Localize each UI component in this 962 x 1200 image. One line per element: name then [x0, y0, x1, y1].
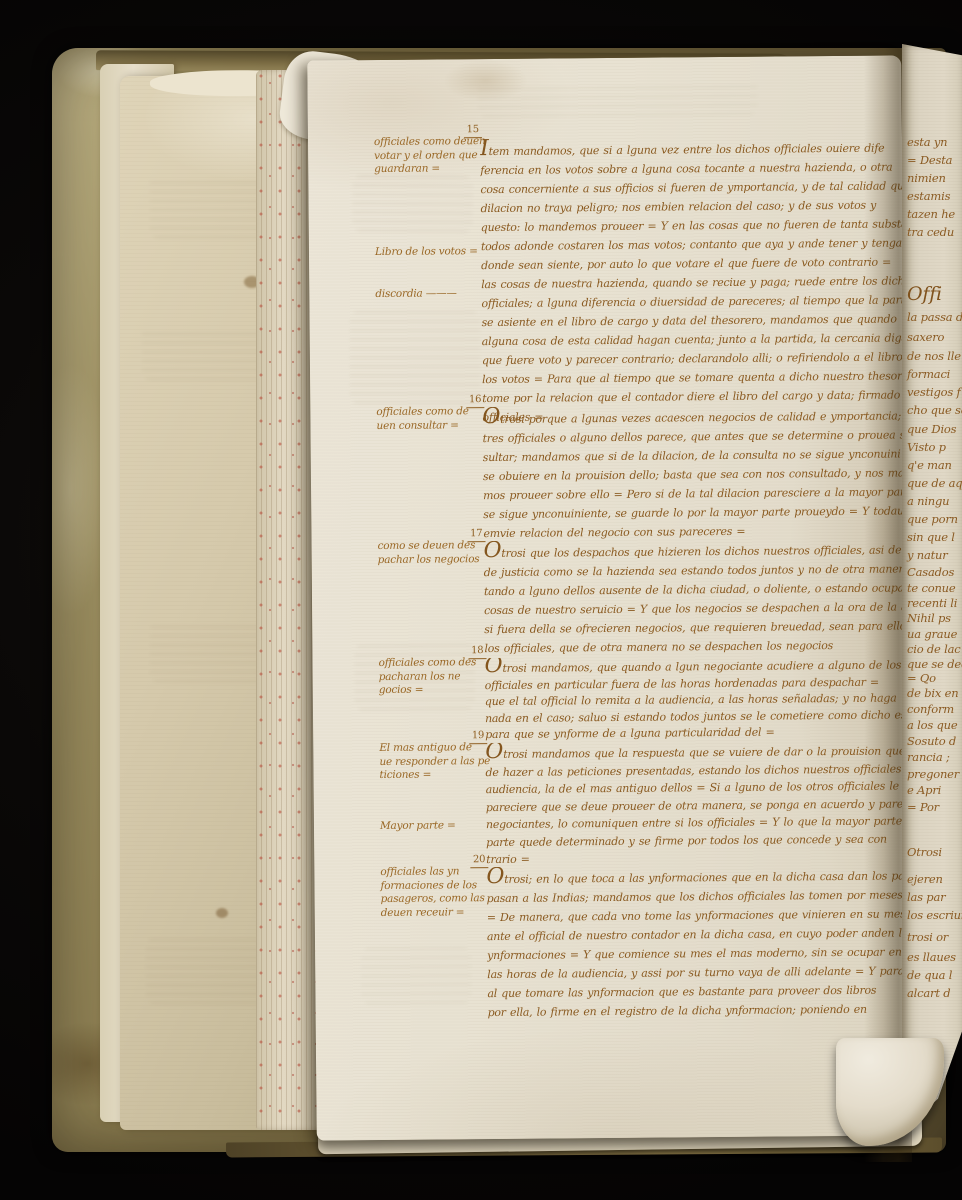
margin-note-line: discordia ——— [375, 287, 493, 302]
fragment-line: y natur [907, 548, 948, 562]
margin-note-line: como se deuen des [377, 539, 495, 554]
fragment-line: pregoner [907, 767, 959, 781]
fragment-line: que Dios [907, 422, 956, 436]
manuscript-page: 15officiales como deuenvotar y el orden … [307, 55, 910, 1140]
fragment-line: recenti li [907, 596, 957, 610]
margin-note-line: officiales las yn [380, 865, 498, 880]
fragment-line: trosi or [907, 930, 948, 944]
margin-note-line: pachar los negocios [378, 552, 496, 567]
fragment-line: estamis [907, 189, 950, 203]
fragment-line: ua graue [907, 627, 957, 641]
fragment-line: alcart d [907, 986, 950, 1000]
margin-note: 17como se deuen despachar los negocios [377, 539, 495, 567]
paragraph: Otrosi; en lo que toca a las ynformacion… [486, 863, 911, 1022]
paragraph: Otrosi porque a lgunas vezes acaescen ne… [482, 403, 907, 543]
fragment-line: Visto p [907, 440, 946, 454]
paragraph: Otrosi mandamos que la respuesta que se … [485, 739, 910, 868]
fragment-line: = Qo [907, 671, 936, 685]
margin-note-line: votar y el orden que [374, 149, 492, 164]
margin-note-line: gocios = [379, 683, 497, 698]
paragraph: Otrosi mandamos, que quando a lgun negoc… [485, 654, 910, 743]
margin-note-line: Mayor parte = [380, 819, 498, 834]
margin-note-line: pacharan los ne [379, 669, 497, 684]
fragment-line: los escriui [907, 908, 962, 922]
stain-spot [216, 908, 228, 918]
fragment-line: es llaues [907, 950, 956, 964]
margin-note-line: ue responder a las pe [379, 754, 497, 769]
fragment-line: sin que l [907, 530, 955, 544]
fragment-line: te conue [907, 581, 955, 595]
margin-note: Mayor parte = [380, 819, 498, 834]
fragment-line: tra cedu [907, 225, 954, 239]
paragraph: Item mandamos, que si a lguna vez entre … [480, 135, 906, 427]
margin-note: 15officiales como deuenvotar y el orden … [374, 135, 492, 177]
fragment-line: Nihil ps [907, 611, 951, 625]
fragment-line: que se decla [907, 657, 962, 671]
text-layer: 15officiales como deuenvotar y el orden … [307, 55, 910, 1140]
margin-note: discordia ——— [375, 287, 493, 302]
margin-note: 20officiales las ynformaciones de lospas… [380, 865, 498, 920]
fragment-line: vestigos f [907, 385, 961, 399]
fragment-line: que porn [907, 512, 958, 526]
fragment-line: Offi [907, 283, 942, 305]
photo-backdrop: 15officiales como deuenvotar y el orden … [0, 0, 962, 1200]
margin-note: 19El mas antiguo deue responder a las pe… [379, 741, 497, 783]
fragment-line: a ningu [907, 494, 949, 508]
fragment-line: saxero [907, 330, 944, 344]
margin-note-line: uen consultar = [376, 418, 494, 433]
fragment-line: cio de lac [907, 642, 961, 656]
margin-note-line: deuen receuir = [381, 905, 499, 920]
fragment-line: q'e man [907, 458, 952, 472]
fragment-line: a los que [907, 718, 957, 732]
margin-note-line: pasageros, como las [381, 892, 499, 907]
margin-note-line: officiales como des [379, 656, 497, 671]
fragment-line: Sosuto d [907, 734, 956, 748]
fragment-line: Casados [907, 565, 954, 579]
margin-note-line: ticiones = [379, 768, 497, 783]
fragment-line: de bix en [907, 686, 958, 700]
fragment-line: e Apri [907, 783, 941, 797]
margin-note-line: Libro de los votos = [375, 245, 493, 260]
fragment-line: ejeren [907, 872, 943, 886]
fragment-line: la passa de [907, 310, 962, 324]
margin-note-line: guardaran = [374, 162, 492, 177]
margin-note: Libro de los votos = [375, 245, 493, 260]
margin-note-line: El mas antiguo de [379, 741, 497, 756]
fragment-line: esta yn [907, 135, 947, 149]
fragment-line: tazen he [907, 207, 955, 221]
facing-page-sliver: esta yn= Destanimienestamistazen hetra c… [902, 44, 962, 1166]
margin-note: 18officiales como despacharan los negoci… [379, 656, 497, 698]
fragment-line: que de aq [907, 476, 962, 490]
margin-note-line: officiales como deuen [374, 135, 492, 150]
text-line: por ella, lo firme en el registro de la … [488, 999, 912, 1022]
fragment-line: de qua l [907, 968, 952, 982]
margin-note: 16officiales como deuen consultar = [376, 405, 494, 433]
fragment-line: las par [907, 890, 945, 904]
fragment-line: cho que so [907, 403, 962, 417]
margin-note-line: formaciones de los [380, 878, 498, 893]
fragment-line: = Desta [907, 153, 952, 167]
fragment-line: conform [907, 702, 954, 716]
margin-note-line: officiales como de [376, 405, 494, 420]
fragment-line: rancia ; [907, 750, 950, 764]
fragment-line: Otrosi [907, 845, 942, 859]
fragment-line: formaci [907, 367, 950, 381]
paragraph: Otrosi que los despachos que hizieren lo… [483, 537, 908, 658]
fragment-line: = Por [907, 800, 939, 814]
fragment-line: de nos lle [907, 349, 961, 363]
fragment-line: nimien [907, 171, 946, 185]
